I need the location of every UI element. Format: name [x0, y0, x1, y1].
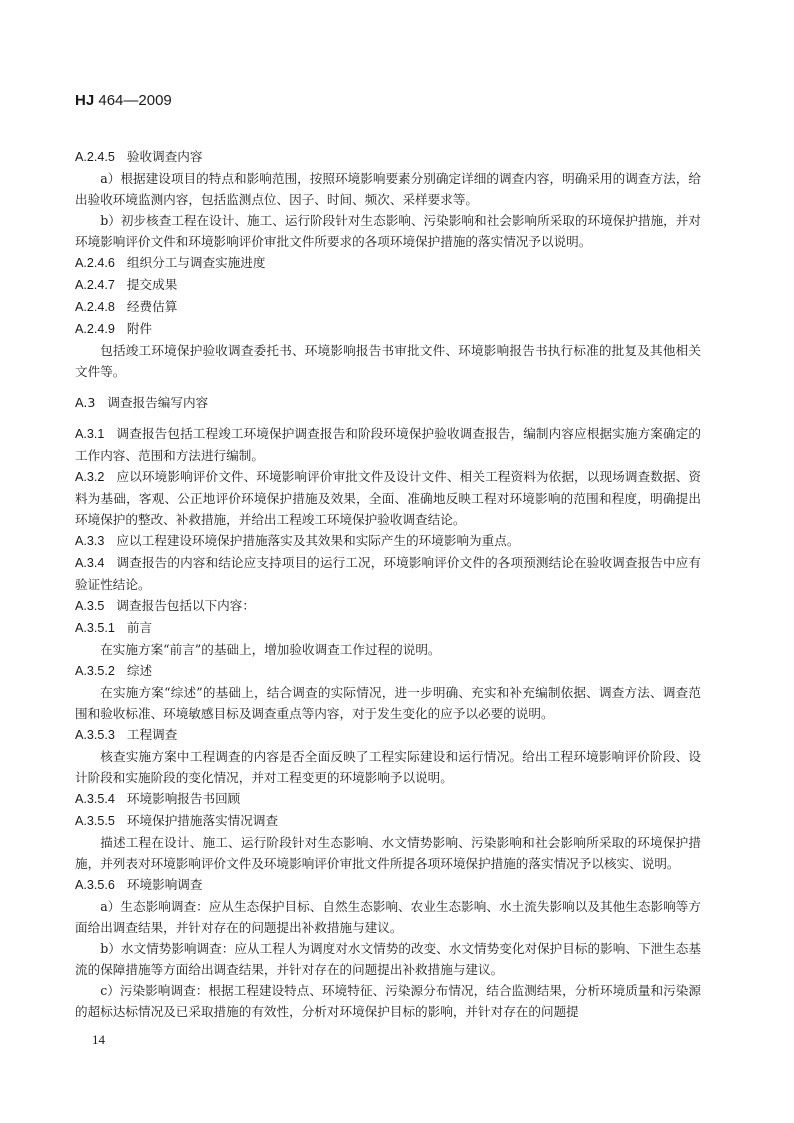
standard-code: HJ — [75, 92, 94, 109]
clause-heading: A.3.5.6环境影响调查 — [75, 874, 701, 896]
clause-number: A.3.5 — [75, 596, 104, 617]
document-body: A.2.4.5验收调查内容a）根据建设项目的特点和影响范围，按照环境影响要素分别… — [75, 146, 701, 1022]
clause-number: A.2.4.7 — [75, 275, 115, 296]
clause-number: A.3.4 — [75, 556, 104, 570]
paragraph: 包括竣工环境保护验收调查委托书、环境影响报告书审批文件、环境影响报告书执行标准的… — [75, 340, 701, 382]
clause-number: A.3.2 — [75, 470, 104, 484]
document-header: HJ 464—2009 — [75, 92, 172, 109]
clause-title: 调查报告包括以下内容： — [116, 598, 255, 613]
clause-number: A.3.5.1 — [75, 618, 115, 639]
paragraph: a）根据建设项目的特点和影响范围，按照环境影响要素分别确定详细的调查内容，明确采… — [75, 168, 701, 210]
clause-heading: A.3.5.3工程调查 — [75, 724, 701, 746]
clause-paragraph: A.3.2应以环境影响评价文件、环境影响评价审批文件及设计文件、相关工程资料为依… — [75, 466, 701, 530]
page-number: 14 — [92, 1032, 105, 1048]
clause-title: 提交成果 — [127, 277, 177, 292]
clause-number: A.2.4.6 — [75, 253, 115, 274]
paragraph: 在实施方案“前言”的基础上，增加验收调查工作过程的说明。 — [75, 639, 701, 660]
clause-number: A.3 — [75, 392, 95, 413]
clause-heading: A.3.5.4环境影响报告书回顾 — [75, 788, 701, 810]
clause-number: A.3.1 — [75, 427, 104, 441]
clause-title: 综述 — [127, 663, 152, 678]
clause-title: 环境保护措施落实情况调查 — [127, 813, 278, 828]
clause-heading: A.3.5调查报告包括以下内容： — [75, 595, 701, 617]
section-heading: A.3调查报告编写内容 — [75, 392, 701, 413]
clause-text: 调查报告包括工程竣工环境保护调查报告和阶段环境保护验收调查报告，编制内容应根据实… — [75, 426, 701, 463]
clause-heading: A.2.4.9附件 — [75, 318, 701, 340]
clause-title: 经费估算 — [127, 299, 177, 314]
clause-title: 调查报告编写内容 — [107, 395, 208, 410]
clause-number: A.2.4.8 — [75, 297, 115, 318]
clause-heading: A.3.5.5环境保护措施落实情况调查 — [75, 810, 701, 832]
clause-number: A.3.3 — [75, 534, 104, 548]
clause-heading: A.2.4.6组织分工与调查实施进度 — [75, 252, 701, 274]
paragraph: 核查实施方案中工程调查的内容是否全面反映了工程实际建设和运行情况。给出工程环境影… — [75, 746, 701, 788]
clause-number: A.2.4.5 — [75, 147, 115, 168]
clause-paragraph: A.3.3应以工程建设环境保护措施落实及其效果和实际产生的环境影响为重点。 — [75, 530, 701, 552]
clause-heading: A.3.5.1前言 — [75, 617, 701, 639]
clause-text: 应以环境影响评价文件、环境影响评价审批文件及设计文件、相关工程资料为依据，以现场… — [75, 469, 701, 527]
clause-number: A.3.5.6 — [75, 875, 115, 896]
paragraph: 描述工程在设计、施工、运行阶段针对生态影响、水文情势影响、污染影响和社会影响所采… — [75, 832, 701, 874]
paragraph: b）水文情势影响调查：应从工程人为调度对水文情势的改变、水文情势变化对保护目标的… — [75, 938, 701, 980]
clause-heading: A.3.5.2综述 — [75, 660, 701, 682]
clause-title: 工程调查 — [127, 727, 177, 742]
clause-number: A.3.5.3 — [75, 725, 115, 746]
clause-paragraph: A.3.1调查报告包括工程竣工环境保护调查报告和阶段环境保护验收调查报告，编制内… — [75, 423, 701, 466]
clause-number: A.2.4.9 — [75, 319, 115, 340]
clause-paragraph: A.3.4调查报告的内容和结论应支持项目的运行工况，环境影响评价文件的各项预测结… — [75, 552, 701, 595]
clause-title: 验收调查内容 — [127, 149, 203, 164]
clause-title: 环境影响报告书回顾 — [127, 791, 240, 806]
paragraph: c）污染影响调查：根据工程建设特点、环境特征、污染源分布情况，结合监测结果，分析… — [75, 980, 701, 1022]
clause-title: 前言 — [127, 620, 152, 635]
paragraph: 在实施方案“综述”的基础上，结合调查的实际情况，进一步明确、充实和补充编制依据、… — [75, 682, 701, 724]
clause-text: 应以工程建设环境保护措施落实及其效果和实际产生的环境影响为重点。 — [116, 533, 519, 548]
clause-text: 调查报告的内容和结论应支持项目的运行工况，环境影响评价文件的各项预测结论在验收调… — [75, 555, 701, 592]
clause-heading: A.2.4.7提交成果 — [75, 274, 701, 296]
clause-heading: A.2.4.8经费估算 — [75, 296, 701, 318]
paragraph: b）初步核查工程在设计、施工、运行阶段针对生态影响、污染影响和社会影响所采取的环… — [75, 210, 701, 252]
clause-title: 附件 — [127, 321, 152, 336]
clause-title: 组织分工与调查实施进度 — [127, 255, 266, 270]
clause-title: 环境影响调查 — [127, 877, 203, 892]
clause-number: A.3.5.5 — [75, 811, 115, 832]
standard-number: 464—2009 — [98, 92, 171, 109]
clause-heading: A.2.4.5验收调查内容 — [75, 146, 701, 168]
paragraph: a）生态影响调查：应从生态保护目标、自然生态影响、农业生态影响、水土流失影响以及… — [75, 896, 701, 938]
clause-number: A.3.5.2 — [75, 661, 115, 682]
clause-number: A.3.5.4 — [75, 789, 115, 810]
